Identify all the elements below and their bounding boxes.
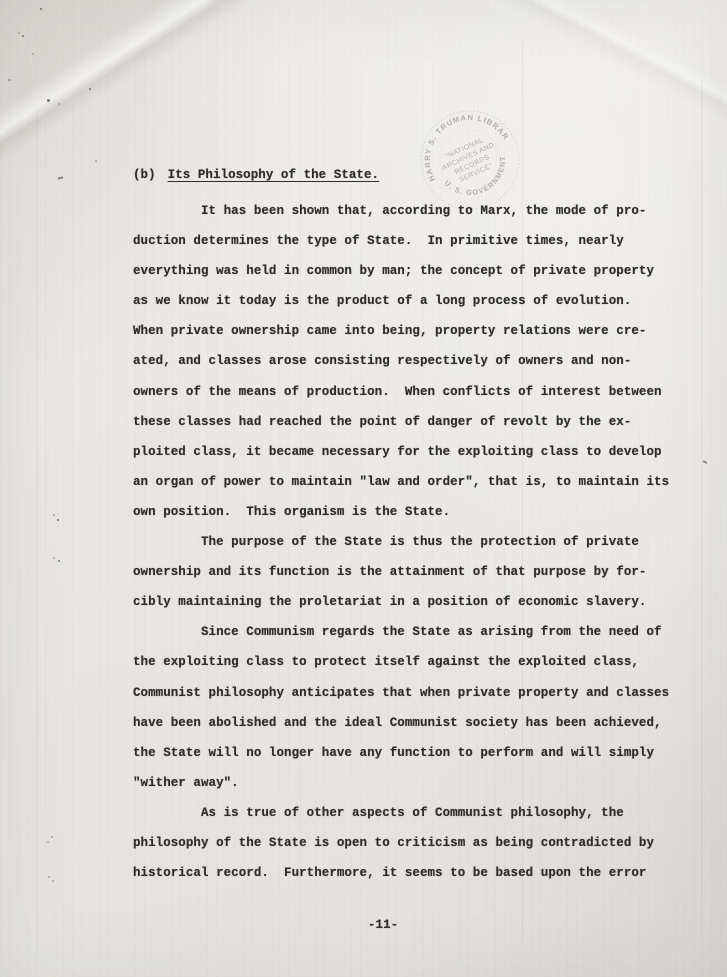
section-heading-title: Its Philosophy of the State. xyxy=(168,168,379,182)
paper-speck xyxy=(57,519,59,521)
paper-crease-top-left xyxy=(0,0,287,226)
pencil-mark xyxy=(58,176,63,179)
section-heading: (b)Its Philosophy of the State. xyxy=(133,168,379,182)
paper-speck xyxy=(40,8,42,10)
paper-fiber-line xyxy=(37,110,38,950)
page-number: -11- xyxy=(368,918,398,932)
stamp-center-line-2: ARCHIVES AND xyxy=(441,142,495,172)
paper-speck xyxy=(48,876,50,878)
section-heading-title-text: Its Philosophy of the State xyxy=(168,168,372,182)
paragraph-1: It has been shown that, according to Mar… xyxy=(133,196,669,527)
paper-speck xyxy=(53,557,55,559)
pencil-mark xyxy=(703,460,707,464)
section-heading-label: (b) xyxy=(133,168,156,182)
paper-speck xyxy=(22,35,24,37)
paragraph-3: Since Communism regards the State as ari… xyxy=(133,617,669,798)
paper-speck xyxy=(53,514,55,516)
stamp-center-line-4: SERVICE" xyxy=(458,162,494,184)
paper-speck xyxy=(32,53,34,55)
paper-speck xyxy=(47,99,50,102)
paper-crease-top-right xyxy=(471,0,727,194)
scanned-document-page: HARRY S. TRUMAN LIBRARY U. S. GOVERNMENT… xyxy=(0,0,727,977)
paper-speck xyxy=(51,836,53,838)
paragraph-2: The purpose of the State is thus the pro… xyxy=(133,527,669,617)
paper-speck xyxy=(89,88,91,90)
stamp-center-line-3: RECORDS xyxy=(454,154,491,176)
section-heading-period: . xyxy=(372,168,380,182)
paper-speck xyxy=(47,841,49,843)
paper-fiber-line xyxy=(701,80,702,940)
stamp-arc-top-text: HARRY S. TRUMAN LIBRARY xyxy=(401,91,514,186)
paper-speck xyxy=(95,160,97,162)
stamp-center-line-1: "NATIONAL xyxy=(445,137,485,160)
paper-speck xyxy=(58,103,60,105)
paper-speck xyxy=(58,560,60,562)
document-body: It has been shown that, according to Mar… xyxy=(133,196,669,888)
stamp-inner-circle xyxy=(430,120,510,200)
paragraph-4: As is true of other aspects of Communist… xyxy=(133,798,669,888)
paper-speck xyxy=(52,880,54,882)
paper-speck xyxy=(18,32,20,34)
paper-speck xyxy=(8,79,11,81)
